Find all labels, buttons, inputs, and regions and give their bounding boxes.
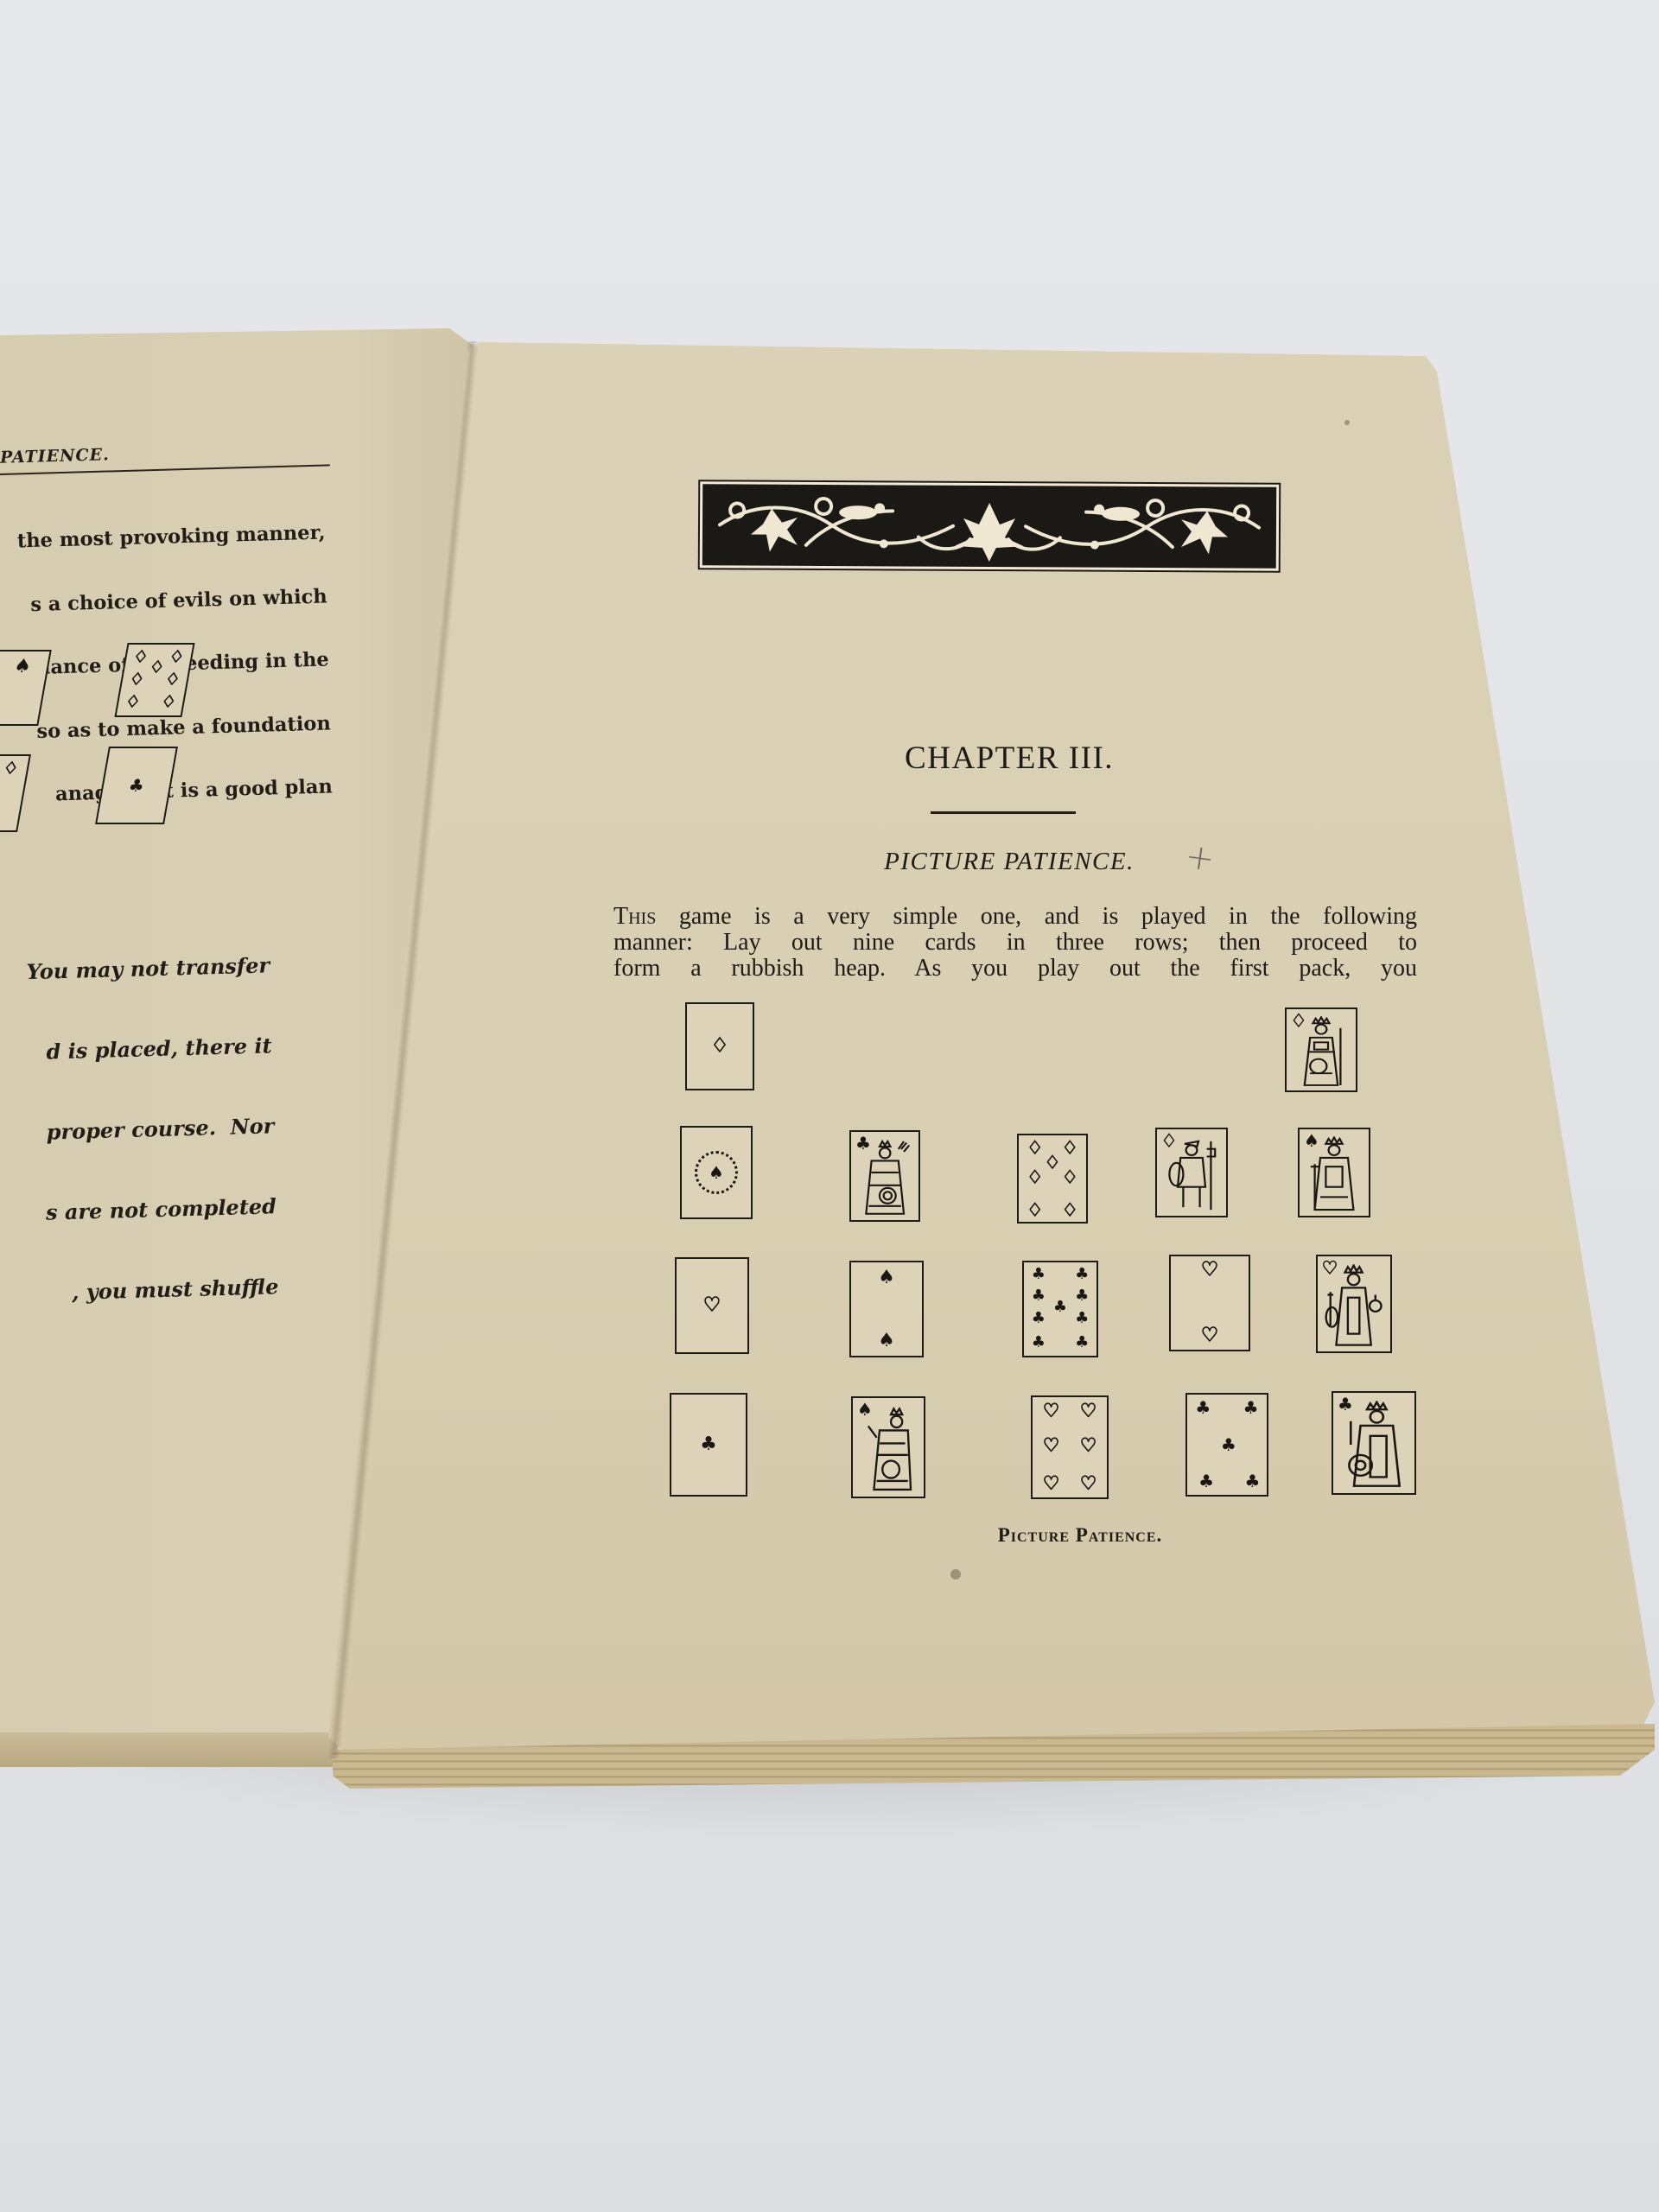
diamond-icon: ♦ [1027, 1168, 1043, 1185]
card-five-of-clubs: ♣ ♣ ♣ ♣ ♣ [1185, 1393, 1268, 1497]
club-icon: ♣ [1221, 1436, 1236, 1453]
ink-spot [950, 1569, 961, 1580]
spade-icon: ♠ [12, 658, 33, 677]
left-card-seven-of-diamonds: ♦ ♦ ♦ ♦ ♦ ♦ ♦ [114, 643, 194, 717]
jack-figure-icon [1164, 1136, 1219, 1212]
heart-icon: ♥ [1043, 1402, 1059, 1421]
card-two-of-hearts: ♥ ♥ [1169, 1255, 1250, 1351]
text-line: d is placed, there it [3, 1032, 272, 1066]
diamond-icon: ♦ [168, 650, 185, 665]
spade-icon: ♠ [878, 1268, 895, 1287]
club-icon: ♣ [1075, 1335, 1089, 1351]
text-line: This game is a very simple one, and is p… [613, 904, 1417, 930]
figure-caption: Picture Patience. [950, 1524, 1210, 1547]
club-icon: ♣ [1075, 1288, 1089, 1304]
chapter-rule [931, 811, 1076, 814]
card-king-of-spades: ♠ [1298, 1128, 1370, 1217]
club-icon: ♣ [1244, 1472, 1260, 1490]
club-icon: ♣ [1195, 1399, 1211, 1416]
club-icon: ♣ [1032, 1311, 1046, 1326]
text-line: form a rubbish heap. As you play out the… [613, 956, 1417, 982]
card-two-of-spades: ♠ ♠ [849, 1261, 924, 1357]
diamond-icon: ♦ [132, 650, 149, 665]
text-line: the most provoking manner, [1, 523, 326, 553]
running-head: PATIENCE. [0, 445, 110, 467]
heart-icon: ♥ [1201, 1261, 1218, 1280]
chapter-title: CHAPTER III. [875, 740, 1143, 777]
club-icon: ♣ [1053, 1300, 1067, 1315]
diamond-icon: ♦ [1045, 1154, 1060, 1171]
floral-ornament-icon [702, 484, 1276, 568]
card-jack-of-diamonds: ♦ [1155, 1128, 1228, 1217]
card-ace-of-spades: ♠ [680, 1126, 753, 1219]
text-line: You may not transfer [2, 951, 270, 986]
club-icon: ♣ [1032, 1267, 1046, 1282]
card-king-of-hearts: ♥ [1316, 1255, 1392, 1353]
heart-icon: ♥ [1201, 1326, 1218, 1345]
diamond-icon: ♦ [124, 695, 141, 710]
club-icon: ♣ [127, 777, 145, 794]
queen-figure-icon [858, 1139, 912, 1217]
drop-word: This [613, 903, 656, 930]
club-icon: ♣ [1243, 1399, 1259, 1416]
club-icon: ♣ [1032, 1288, 1046, 1304]
card-king-of-clubs: ♣ [1332, 1391, 1416, 1495]
diamond-icon: ♦ [3, 761, 19, 777]
ink-spot [1344, 420, 1350, 425]
club-icon: ♣ [1032, 1335, 1046, 1351]
text-line: proper course. Nor [6, 1112, 275, 1147]
heart-icon: ♥ [703, 1296, 721, 1315]
diamond-icon: ♦ [711, 1037, 728, 1056]
banner-inner [702, 484, 1276, 568]
card-ace-of-diamonds: ♦ [685, 1002, 754, 1090]
club-icon: ♣ [1075, 1267, 1089, 1282]
diamond-icon: ♦ [1027, 1139, 1043, 1156]
club-icon: ♣ [700, 1435, 717, 1454]
queen-figure-icon [860, 1406, 917, 1492]
card-seven-of-diamonds: ♦ ♦ ♦ ♦ ♦ ♦ ♦ [1017, 1134, 1088, 1224]
king-figure-icon [1325, 1264, 1382, 1348]
left-page-edge [0, 1732, 346, 1767]
heart-icon: ♥ [1043, 1474, 1059, 1492]
club-icon: ♣ [1075, 1311, 1089, 1326]
heart-icon: ♥ [1080, 1436, 1096, 1454]
spade-icon: ♠ [878, 1332, 895, 1351]
diamond-icon: ♦ [129, 672, 145, 688]
spade-icon: ♠ [709, 1164, 724, 1181]
text-line: s are not completed [9, 1192, 277, 1227]
card-king-of-diamonds: ♦ [1285, 1007, 1357, 1092]
card-ace-of-clubs: ♣ [670, 1393, 747, 1497]
diamond-icon: ♦ [1062, 1139, 1077, 1156]
text-line: s a choice of evils on which [3, 586, 327, 616]
diamond-icon: ♦ [1062, 1201, 1077, 1218]
text-line: , you must shuffle [10, 1273, 279, 1307]
king-figure-icon [1306, 1136, 1362, 1212]
king-figure-icon [1294, 1016, 1349, 1088]
floral-ornament-banner [698, 480, 1281, 573]
text-line: so as to make a foundation [7, 713, 332, 743]
diamond-icon: ♦ [160, 695, 176, 710]
heart-icon: ♥ [1080, 1474, 1096, 1492]
body-paragraph: This game is a very simple one, and is p… [613, 904, 1417, 982]
section-subtitle: PICTURE PATIENCE. [845, 848, 1173, 876]
card-queen-of-clubs: ♣ [849, 1130, 920, 1222]
heart-icon: ♥ [1080, 1402, 1096, 1421]
left-paragraph-bottom: You may not transfer d is placed, there … [0, 898, 280, 1333]
diamond-icon: ♦ [1027, 1201, 1043, 1218]
diamond-icon: ♦ [1062, 1168, 1077, 1185]
card-six-of-hearts: ♥ ♥ ♥ ♥ ♥ ♥ [1031, 1395, 1109, 1499]
card-nine-of-clubs: ♣ ♣ ♣ ♣ ♣ ♣ ♣ ♣ ♣ [1022, 1261, 1098, 1357]
text-line: manner: Lay out nine cards in three rows… [613, 930, 1417, 956]
left-card-ace-of-clubs: ♣ [95, 747, 178, 824]
card-queen-of-spades: ♠ [851, 1396, 925, 1498]
pencil-annotation: + [1183, 836, 1217, 880]
club-icon: ♣ [1198, 1472, 1214, 1490]
diamond-icon: ♦ [164, 672, 181, 688]
diamond-icon: ♦ [149, 660, 165, 676]
king-figure-icon [1341, 1401, 1406, 1489]
card-ace-of-hearts: ♥ [675, 1257, 749, 1354]
heart-icon: ♥ [1043, 1436, 1059, 1454]
